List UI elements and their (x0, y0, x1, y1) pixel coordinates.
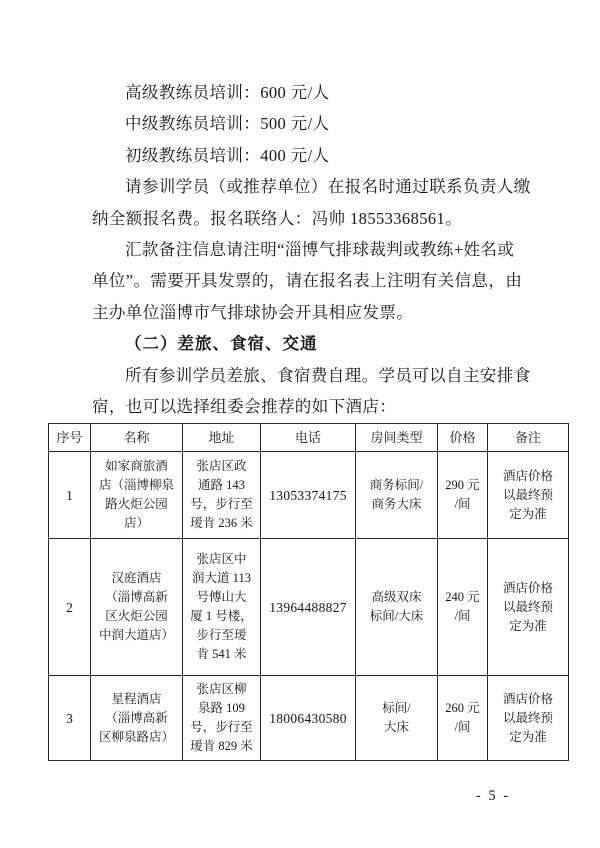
paragraph-lodging-line-2: 宿，也可以选择组委会推荐的如下酒店： (92, 391, 522, 422)
cell-price: 240 元 /间 (438, 539, 488, 676)
cell-note: 酒店价格 以最终预 定为准 (488, 452, 569, 539)
cell-price: 290 元 /间 (438, 452, 488, 539)
paragraph-payment-line-2: 纳全额报名费。报名联络人：冯帅 18553368561。 (92, 203, 522, 234)
cell-room: 高级双床 标间/大床 (356, 539, 438, 676)
cell-address: 张店区柳 泉路 109 号，步行至 瑷肯 829 米 (183, 676, 261, 761)
hotel-table: 序号 名称 地址 电话 房间类型 价格 备注 1 如家商旅酒 店（淄博柳泉 路火… (48, 423, 569, 761)
cell-phone: 13964488827 (261, 539, 356, 676)
fee-line-junior-coach: 初级教练员培训：400 元/人 (92, 140, 522, 171)
table-row: 3 星程酒店 （淄博高新 区柳泉路店） 张店区柳 泉路 109 号，步行至 瑷肯… (49, 676, 569, 761)
cell-index: 1 (49, 452, 91, 539)
cell-room: 商务标间/ 商务大床 (356, 452, 438, 539)
cell-phone: 13053374175 (261, 452, 356, 539)
header-cell-room: 房间类型 (356, 424, 438, 452)
header-cell-note: 备注 (488, 424, 569, 452)
cell-room: 标间/ 大床 (356, 676, 438, 761)
fee-line-senior-coach: 高级教练员培训：600 元/人 (92, 77, 522, 108)
cell-address: 张店区政 通路 143 号，步行至 瑷肯 236 米 (183, 452, 261, 539)
paragraph-remit-line-3: 主办单位淄博市气排球协会开具相应发票。 (92, 297, 522, 328)
cell-address: 张店区中 润大道 113 号傅山大 厦 1 号楼， 步行至瑷 肯 541 米 (183, 539, 261, 676)
cell-note: 酒店价格 以最终预 定为准 (488, 539, 569, 676)
cell-index: 3 (49, 676, 91, 761)
cell-note: 酒店价格 以最终预 定为准 (488, 676, 569, 761)
paragraph-remit-line-2: 单位”。需要开具发票的，请在报名表上注明有关信息，由 (92, 265, 522, 296)
cell-price: 260 元 /间 (438, 676, 488, 761)
paragraph-lodging-line-1: 所有参训学员差旅、食宿费自理。学员可以自主安排食 (92, 360, 522, 391)
cell-name: 汉庭酒店 （淄博高新 区火炬公园 中润大道店） (91, 539, 183, 676)
header-cell-price: 价格 (438, 424, 488, 452)
paragraph-remit-line-1: 汇款备注信息请注明“淄博气排球裁判或教练+姓名或 (92, 234, 522, 265)
header-cell-name: 名称 (91, 424, 183, 452)
cell-phone: 18006430580 (261, 676, 356, 761)
header-cell-phone: 电话 (261, 424, 356, 452)
cell-name: 如家商旅酒 店（淄博柳泉 路火炬公园 店） (91, 452, 183, 539)
table-header-row: 序号 名称 地址 电话 房间类型 价格 备注 (49, 424, 569, 452)
header-cell-address: 地址 (183, 424, 261, 452)
table-row: 1 如家商旅酒 店（淄博柳泉 路火炬公园 店） 张店区政 通路 143 号，步行… (49, 452, 569, 539)
section-heading-travel: （二）差旅、食宿、交通 (92, 328, 522, 359)
body-text-block: 高级教练员培训：600 元/人 中级教练员培训：500 元/人 初级教练员培训：… (92, 77, 522, 422)
scanned-document-page: 高级教练员培训：600 元/人 中级教练员培训：500 元/人 初级教练员培训：… (0, 0, 600, 848)
cell-index: 2 (49, 539, 91, 676)
paragraph-payment-line-1: 请参训学员（或推荐单位）在报名时通过联系负责人缴 (92, 171, 522, 202)
cell-name: 星程酒店 （淄博高新 区柳泉路店） (91, 676, 183, 761)
fee-line-middle-coach: 中级教练员培训：500 元/人 (92, 108, 522, 139)
table-row: 2 汉庭酒店 （淄博高新 区火炬公园 中润大道店） 张店区中 润大道 113 号… (49, 539, 569, 676)
header-cell-index: 序号 (49, 424, 91, 452)
page-number: - 5 - (443, 788, 543, 805)
